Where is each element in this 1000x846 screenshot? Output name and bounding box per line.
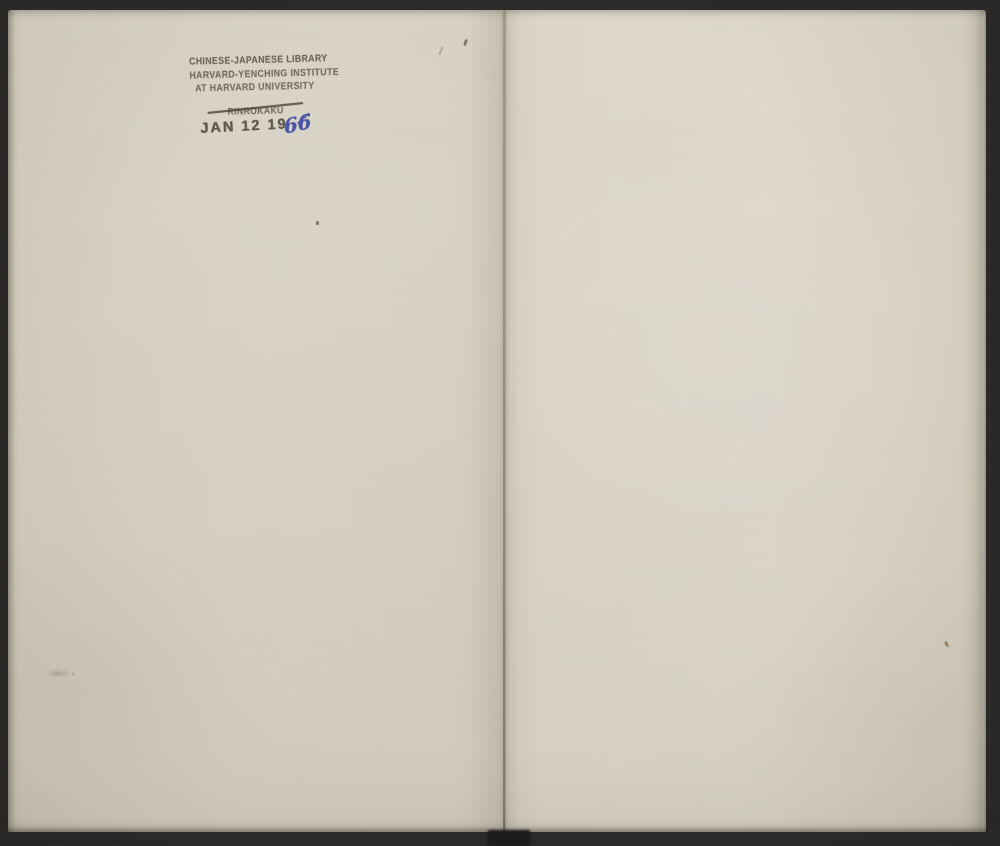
scanned-book-spread: CHINESE-JAPANESE LIBRARY HARVARD-YENCHIN…	[0, 0, 1000, 846]
left-page: CHINESE-JAPANESE LIBRARY HARVARD-YENCHIN…	[8, 10, 505, 832]
binding-gap-notch	[488, 830, 530, 846]
book-pages: CHINESE-JAPANESE LIBRARY HARVARD-YENCHIN…	[8, 10, 986, 832]
library-ownership-stamp: CHINESE-JAPANESE LIBRARY HARVARD-YENCHIN…	[180, 52, 330, 136]
right-page	[505, 10, 986, 832]
accession-date-row: JAN 12 1966	[181, 113, 330, 139]
stamp-line-university: AT HARVARD UNIVERSITY	[190, 79, 321, 96]
paper-texture-right	[505, 10, 986, 832]
date-stamp: JAN 12 19	[200, 116, 288, 137]
